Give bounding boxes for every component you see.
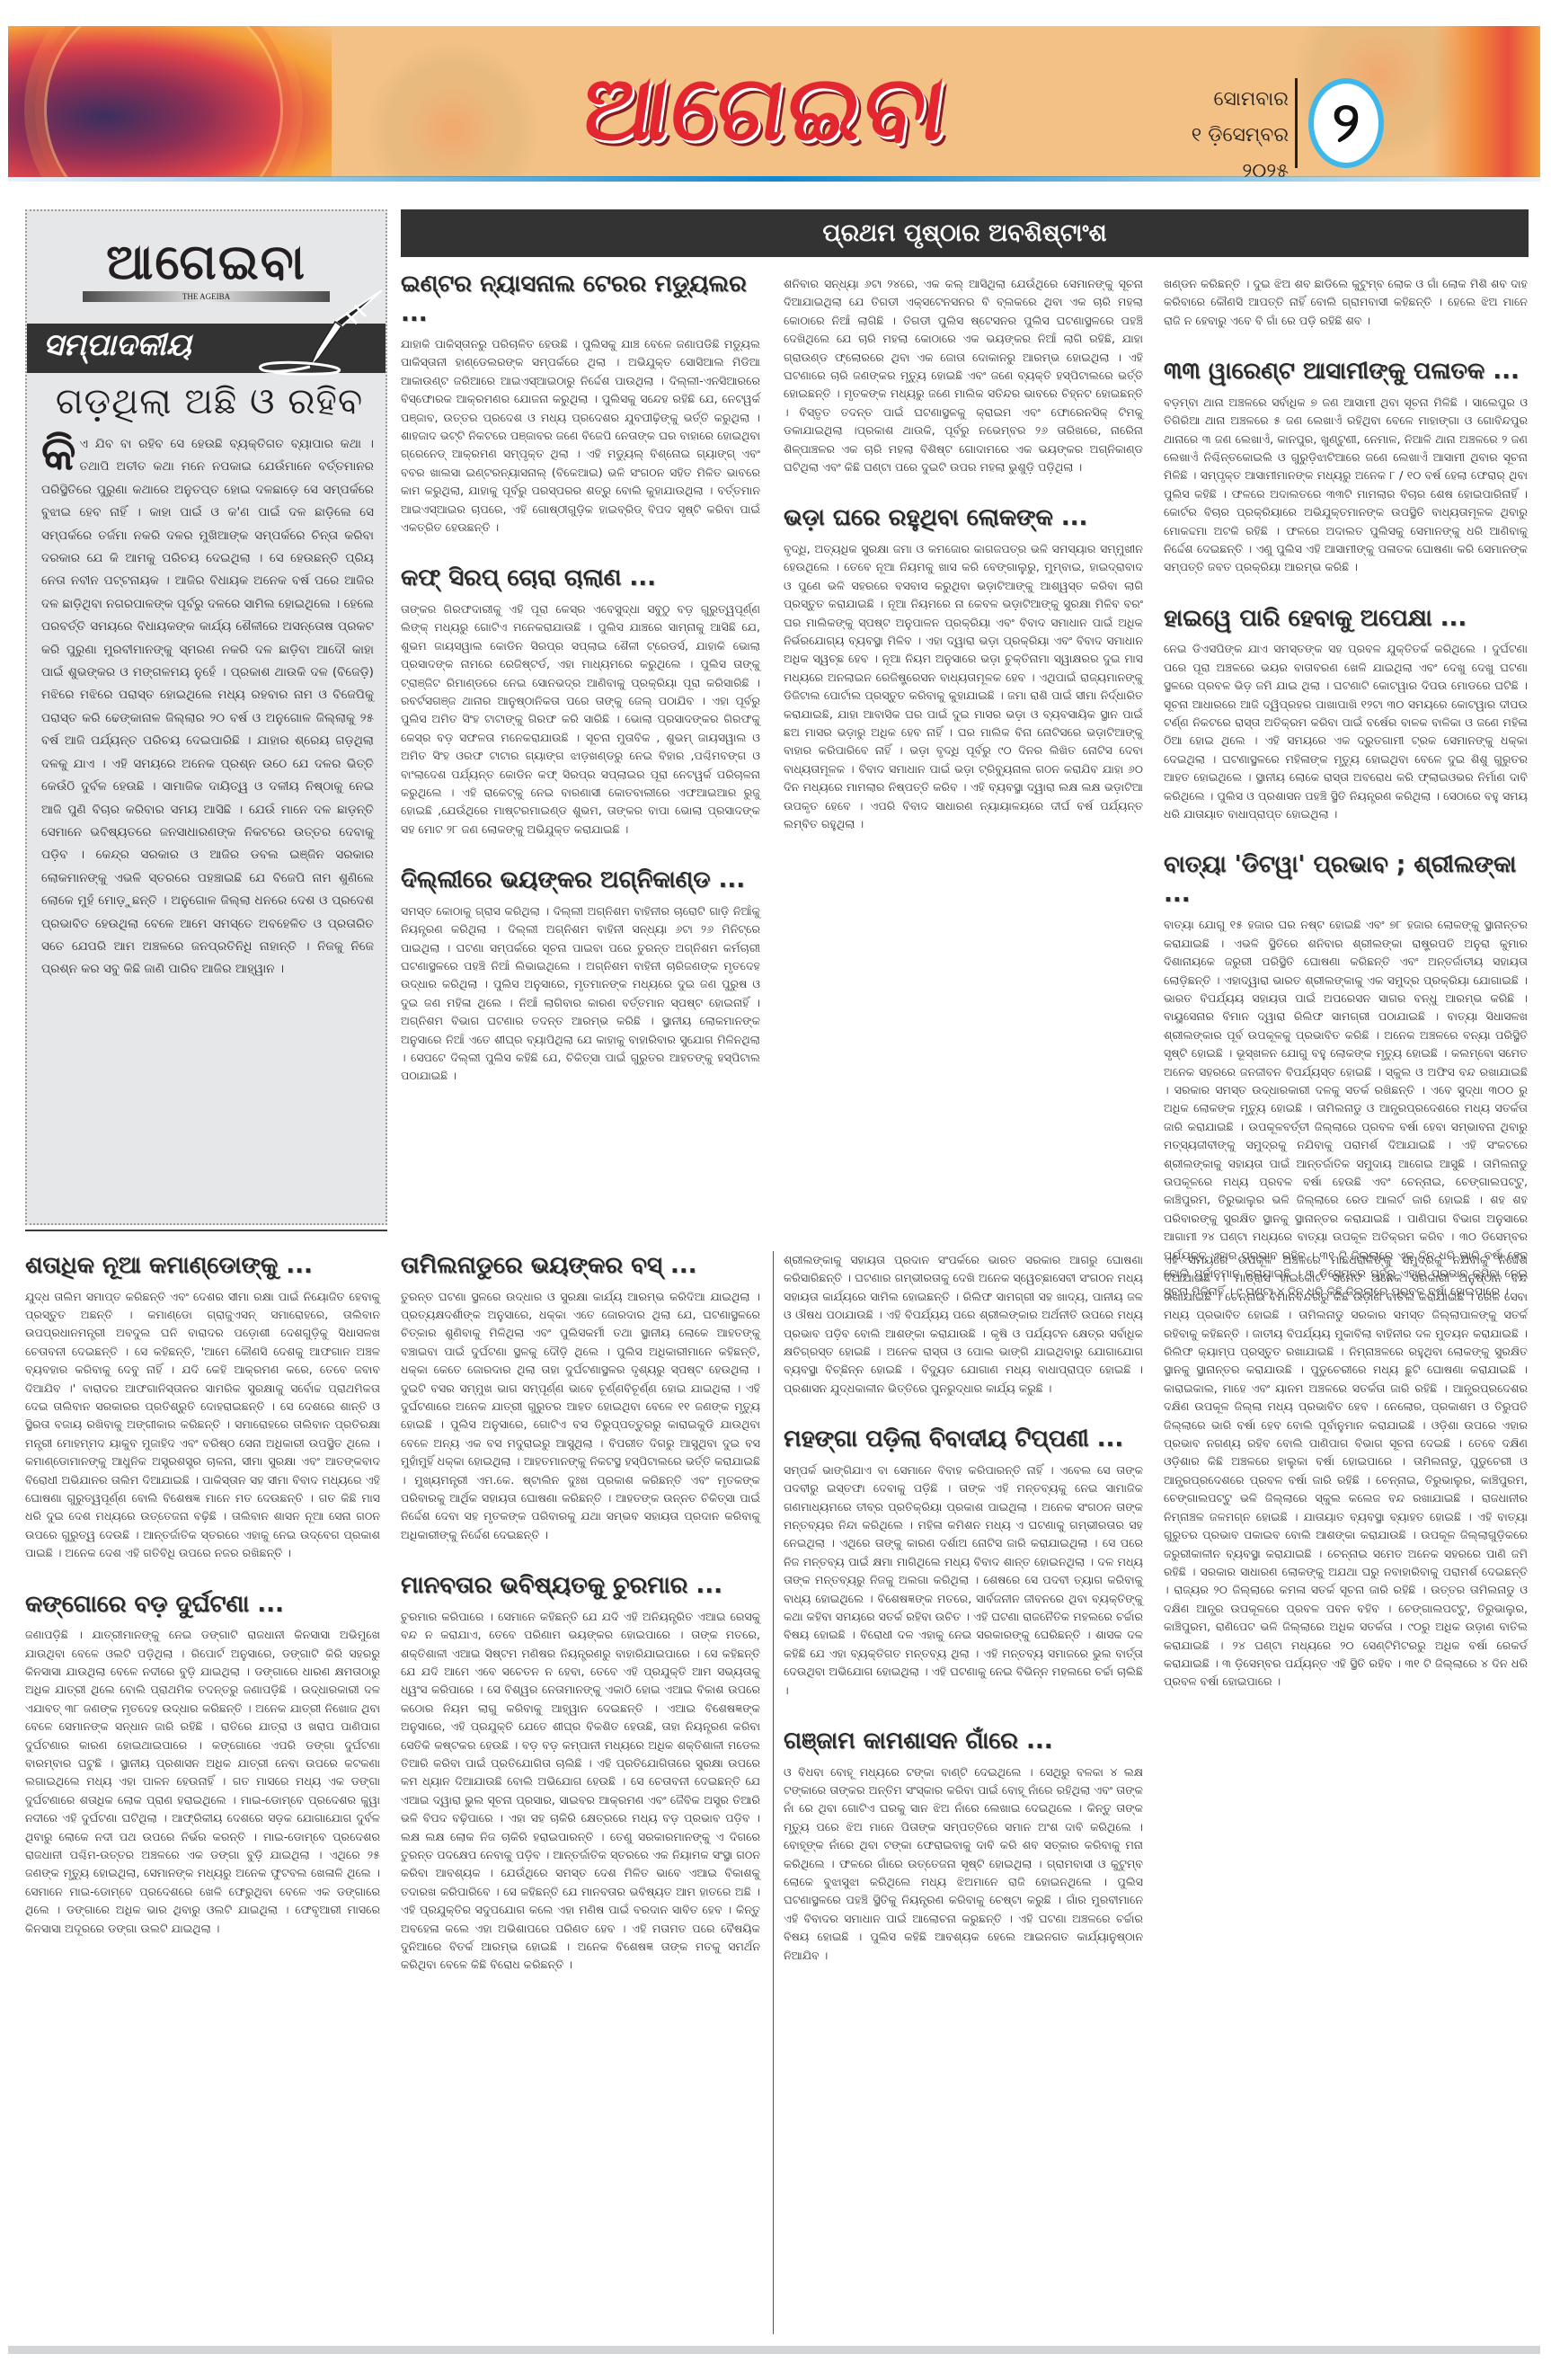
article-body: ବଡ଼ମ୍ବା ଥାନା ଅଞ୍ଚଳରେ ସର୍ବାଧିକ ୭ ଜଣ ଆସାମୀ… bbox=[1164, 394, 1528, 577]
article-headline: ଦିଲ୍ଲୀରେ ଭୟଙ୍କର ଅଗ୍ନିକାଣ୍ଡ ... bbox=[401, 866, 760, 895]
article-headline: ଭଡ଼ା ଘରେ ରହୁଥିବା ଲୋକଙ୍କ ... bbox=[784, 503, 1143, 533]
article-body: ବାତ୍ୟା ଯୋଗୁ ୧୫ ହଜାର ଘର ନଷ୍ଟ ହୋଇଛି ଏବଂ ୭୮… bbox=[1164, 916, 1528, 1301]
article: ଖଣ୍ଡନ କରିଛନ୍ତି । ଦୁଇ ଝିଅ ଶବ ଛାଡିଲେ କୁଟୁମ… bbox=[1164, 275, 1528, 330]
article-body: ଓ ବିଧବା ବୋହୂ ମଧ୍ୟରେ ଟଙ୍କା ବାଣ୍ଟି ଦେଇଥିଲେ… bbox=[784, 1763, 1143, 1965]
editorial-title: ଗଡ଼ଥିଲା ଅଛି ଓ ରହିବ bbox=[34, 382, 385, 422]
article-body: ତାଙ୍କର ଗିରଫଦାରୀକୁ ଏହି ପୂରା କେସ୍ର ଏବେସୁଦ୍… bbox=[401, 600, 760, 839]
article-body: ଖଣ୍ଡନ କରିଛନ୍ତି । ଦୁଇ ଝିଅ ଶବ ଛାଡିଲେ କୁଟୁମ… bbox=[1164, 275, 1528, 330]
column-divider bbox=[773, 1251, 774, 2334]
editorial-logo: ଆଗେଇବା bbox=[81, 235, 332, 289]
article-headline: ବାତ୍ୟା 'ଡିଟୱା' ପ୍ରଭାବ ; ଶ୍ରୀଲଙ୍କା ... bbox=[1164, 850, 1528, 909]
article-headline: ଶତାଧିକ ନୂଆ କମାଣ୍ଡୋଙ୍କୁ ... bbox=[25, 1251, 380, 1281]
article-body: ଶନିବାର ସନ୍ଧ୍ୟା ୬ଟା ୨୪ରେ, ଏକ କଲ୍ ଆସିଥିଲା … bbox=[784, 275, 1143, 476]
article-body: ଶ୍ରୀଲଙ୍କାକୁ ସହାୟତା ପ୍ରଦାନ ସଂପର୍କରେ ଭାରତ … bbox=[784, 1251, 1143, 1398]
editorial-box: ଆଗେଇବା THE AGEIBA ସମ୍ପାଦକୀୟ ଗଡ଼ଥିଲା ଅଛି … bbox=[25, 209, 387, 1225]
article: ଭଡ଼ା ଘରେ ରହୁଥିବା ଲୋକଙ୍କ ... ବୃଦ୍ଧି, ଅତ୍ୟ… bbox=[784, 503, 1143, 833]
page-number-badge: ୨ bbox=[1308, 78, 1384, 168]
lower-column-2: ତାମିଲନାଡୁରେ ଭୟଙ୍କର ବସ୍ ... ତୁରନ୍ତ ଘଟଣା ସ… bbox=[401, 1251, 760, 2002]
article-body: ସମ୍ପର୍କ ଭାଙ୍ଗିଯାଏ ବା ସେମାନେ ବିବାହ କରିପାର… bbox=[784, 1461, 1143, 1700]
article: ବାତ୍ୟା 'ଡିଟୱା' ପ୍ରଭାବ ; ଶ୍ରୀଲଙ୍କା ... ବା… bbox=[1164, 850, 1528, 1301]
article: ୩୩ ୱାରେଣ୍ଟ ଆସାମୀଙ୍କୁ ପଳାତକ ... ବଡ଼ମ୍ବା ଥ… bbox=[1164, 357, 1528, 577]
upper-column-2: ଶନିବାର ସନ୍ଧ୍ୟା ୬ଟା ୨୪ରେ, ଏକ କଲ୍ ଆସିଥିଲା … bbox=[784, 275, 1143, 860]
article-body: ଯୁଦ୍ଧ ତାଲିମ ସମାପ୍ତ କରିଛନ୍ତି ଏବଂ ଦେଶର ସୀମ… bbox=[25, 1288, 380, 1563]
article: ଶ୍ରୀଲଙ୍କାକୁ ସହାୟତା ପ୍ରଦାନ ସଂପର୍କରେ ଭାରତ … bbox=[784, 1251, 1143, 1398]
lower-column-1: ଶତାଧିକ ନୂଆ କମାଣ୍ଡୋଙ୍କୁ ... ଯୁଦ୍ଧ ତାଲିମ ସ… bbox=[25, 1251, 380, 1965]
article: ଏହି ସମୟରେ ଉପକୂଳ ଅଞ୍ଚଳରେ ମାଛଧରାଳିଙ୍କୁ ସମୁ… bbox=[1164, 1251, 1528, 1692]
article: ଶତାଧିକ ନୂଆ କମାଣ୍ଡୋଙ୍କୁ ... ଯୁଦ୍ଧ ତାଲିମ ସ… bbox=[25, 1251, 380, 1563]
fountain-pen-icon bbox=[256, 286, 391, 376]
editorial-section-label: ସମ୍ପାଦକୀୟ bbox=[43, 327, 191, 363]
upper-column-1: ଇଣ୍ଟର ନ୍ୟାସନାଲ ଟେରର ମଡ୍ୟୁଲର ... ଯାହାକି ପ… bbox=[401, 270, 760, 1113]
lower-column-3: ଶ୍ରୀଲଙ୍କାକୁ ସହାୟତା ପ୍ରଦାନ ସଂପର୍କରେ ଭାରତ … bbox=[784, 1251, 1143, 1992]
article: ମାନବତାର ଭବିଷ୍ୟତକୁ ଚୁରମାର ... ଚୁରମାର କରିପ… bbox=[401, 1571, 760, 1975]
article: ଗଞ୍ଜାମ କାମଶାସନ ଗାଁରେ ... ଓ ବିଧବା ବୋହୂ ମଧ… bbox=[784, 1727, 1143, 1965]
article: ଇଣ୍ଟର ନ୍ୟାସନାଲ ଟେରର ମଡ୍ୟୁଲର ... ଯାହାକି ପ… bbox=[401, 270, 760, 537]
article-headline: ମହଙ୍ଗା ପଡ଼ିଲା ବିବାଦୀୟ ଟିପ୍ପଣୀ ... bbox=[784, 1425, 1143, 1454]
section-title-bar: ପ୍ରଥମ ପୃଷ୍ଠାର ଅବଶିଷ୍ଟାଂଶ bbox=[401, 209, 1529, 257]
article-body: ନେଇ ଡିଏସପିଙ୍କ ଯାଏ ସମସ୍ତଙ୍କ ସହ ପ୍ରବଳ ଯୁକ୍… bbox=[1164, 640, 1528, 823]
article-body: ଏହି ସମୟରେ ଉପକୂଳ ଅଞ୍ଚଳରେ ମାଛଧରାଳିଙ୍କୁ ସମୁ… bbox=[1164, 1251, 1528, 1692]
article-headline: କଫ୍ ସିରପ୍ ଚୋରା ଚାଲାଣ ... bbox=[401, 564, 760, 593]
editorial-dropcap: କି bbox=[41, 433, 75, 475]
weekday: ସୋମବାର bbox=[1176, 82, 1289, 118]
mandala-ornament-icon bbox=[368, 44, 538, 177]
decorative-wave-left bbox=[8, 26, 332, 177]
article: କଙ୍ଗୋରେ ବଡ଼ ଦୁର୍ଘଟଣା ... ଜଣାପଡ଼ିଛି । ଯାତ… bbox=[25, 1590, 380, 1938]
article-headline: ଗଞ୍ଜାମ କାମଶାସନ ଗାଁରେ ... bbox=[784, 1727, 1143, 1756]
article-headline: କଙ୍ଗୋରେ ବଡ଼ ଦୁର୍ଘଟଣା ... bbox=[25, 1590, 380, 1620]
article-body: ଜଣାପଡ଼ିଛି । ଯାତ୍ରୀମାନଙ୍କୁ ନେଇ ଡଙ୍ଗାଟି ରା… bbox=[25, 1626, 380, 1938]
header-banner: ଆଗେଇବା ସୋମବାର ୧ ଡ଼ିସେମ୍ବର ୨୦୨୫ ୨ bbox=[8, 26, 1540, 177]
article: ତାମିଲନାଡୁରେ ଭୟଙ୍କର ବସ୍ ... ତୁରନ୍ତ ଘଟଣା ସ… bbox=[401, 1251, 760, 1544]
editorial-section-band: ସମ୍ପାଦକୀୟ bbox=[27, 324, 386, 373]
date-block: ସୋମବାର ୧ ଡ଼ିସେମ୍ବର ୨୦୨୫ bbox=[1176, 82, 1289, 177]
editorial-text: ଏ ଯିବ ବା ରହିବ ସେ ହେଉଛି ବ୍ୟକ୍ତିଗତ ବ୍ୟାପାର… bbox=[41, 437, 374, 976]
upper-column-3: ଖଣ୍ଡନ କରିଛନ୍ତି । ଦୁଇ ଝିଅ ଶବ ଛାଡିଲେ କୁଟୁମ… bbox=[1164, 275, 1528, 1328]
article-headline: ହାଇୱେ ପାରି ହେବାକୁ ଅପେକ୍ଷା ... bbox=[1164, 604, 1528, 634]
header-divider bbox=[1295, 78, 1298, 168]
footer-bar bbox=[8, 2346, 1540, 2354]
article-body: ସମସ୍ତ କୋଠାକୁ ଗ୍ରାସ କରିଥିଲା । ଦିଲ୍ଲୀ ଅଗ୍ନ… bbox=[401, 902, 760, 1086]
banner-underline bbox=[8, 176, 1540, 182]
article-body: ଚୁରମାର କରିପାରେ । ସେମାନେ କହିଛନ୍ତି ଯେ ଯଦି … bbox=[401, 1608, 760, 1975]
article-body: ତୁରନ୍ତ ଘଟଣା ସ୍ଥଳରେ ଉଦ୍ଧାର ଓ ସୁରକ୍ଷା କାର୍… bbox=[401, 1288, 760, 1545]
editorial-body: କି ଏ ଯିବ ବା ରହିବ ସେ ହେଉଛି ବ୍ୟକ୍ତିଗତ ବ୍ୟା… bbox=[41, 433, 374, 981]
article: କଫ୍ ସିରପ୍ ଚୋରା ଚାଲାଣ ... ତାଙ୍କର ଗିରଫଦାରୀ… bbox=[401, 564, 760, 839]
issue-date: ୧ ଡ଼ିସେମ୍ବର ୨୦୨୫ bbox=[1176, 118, 1289, 177]
article-headline: ଇଣ୍ଟର ନ୍ୟାସନାଲ ଟେରର ମଡ୍ୟୁଲର ... bbox=[401, 270, 760, 328]
newspaper-masthead: ଆଗେଇବା bbox=[577, 64, 954, 154]
article-body: ବୃଦ୍ଧି, ଅତ୍ୟଧିକ ସୁରକ୍ଷା ଜମା ଓ କମଜୋର କାଗଜ… bbox=[784, 540, 1143, 834]
lower-column-4: ଏହି ସମୟରେ ଉପକୂଳ ଅଞ୍ଚଳରେ ମାଛଧରାଳିଙ୍କୁ ସମୁ… bbox=[1164, 1251, 1528, 1718]
article-headline: ତାମିଲନାଡୁରେ ଭୟଙ୍କର ବସ୍ ... bbox=[401, 1251, 760, 1281]
article: ହାଇୱେ ପାରି ହେବାକୁ ଅପେକ୍ଷା ... ନେଇ ଡିଏସପି… bbox=[1164, 604, 1528, 824]
article: ମହଙ୍ଗା ପଡ଼ିଲା ବିବାଦୀୟ ଟିପ୍ପଣୀ ... ସମ୍ପର୍… bbox=[784, 1425, 1143, 1700]
article-headline: ମାନବତାର ଭବିଷ୍ୟତକୁ ଚୁରମାର ... bbox=[401, 1571, 760, 1601]
article: ଶନିବାର ସନ୍ଧ୍ୟା ୬ଟା ୨୪ରେ, ଏକ କଲ୍ ଆସିଥିଲା … bbox=[784, 275, 1143, 476]
section-divider bbox=[25, 1230, 387, 1231]
article-body: ଯାହାକି ପାକିସ୍ତାନରୁ ପରିଚାଳିତ ହେଉଛି । ପୁଲି… bbox=[401, 335, 760, 537]
article-headline: ୩୩ ୱାରେଣ୍ଟ ଆସାମୀଙ୍କୁ ପଳାତକ ... bbox=[1164, 357, 1528, 386]
decorative-wave-right bbox=[1432, 26, 1540, 177]
article: ଦିଲ୍ଲୀରେ ଭୟଙ୍କର ଅଗ୍ନିକାଣ୍ଡ ... ସମସ୍ତ କୋଠ… bbox=[401, 866, 760, 1086]
